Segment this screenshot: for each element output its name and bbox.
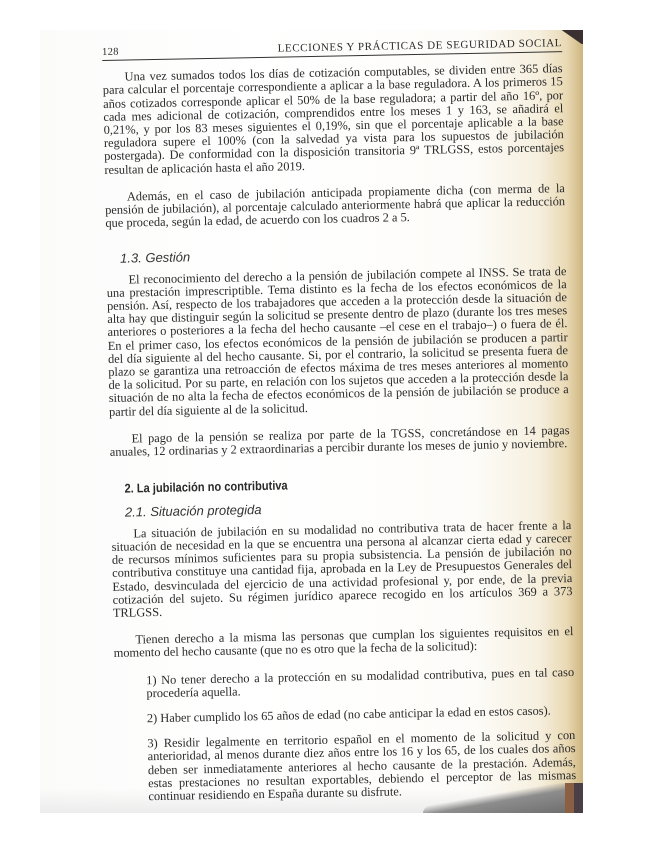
paragraph: El reconocimiento del derecho a la pensi… <box>106 265 569 419</box>
requirement-item: 3) Residir legalmente en territorio espa… <box>147 729 576 803</box>
paragraph: Una vez sumados todos los días de cotiza… <box>102 62 564 176</box>
section-heading-2: 2. La jubilación no contributiva <box>124 475 517 496</box>
page-number: 128 <box>102 46 119 60</box>
book-corner <box>561 30 583 44</box>
section-heading-2-1: 2.1. Situación protegida <box>125 498 571 520</box>
paragraph: Tienen derecho a la misma las personas q… <box>113 625 573 660</box>
paragraph: El pago de la pensión se realiza por par… <box>109 424 569 459</box>
requirement-item: 2) Haber cumplido los 65 años de edad (n… <box>147 704 575 725</box>
paragraph: La situación de jubilación en su modalid… <box>111 519 573 620</box>
page-content: 128 LECCIONES Y PRÁCTICAS DE SEGURIDAD S… <box>102 37 577 816</box>
section-heading-1-3: 1.3. Gestión <box>120 244 566 266</box>
paragraph: Además, en el caso de jubilación anticip… <box>105 182 566 230</box>
requirement-item: 1) No tener derecho a la protección en s… <box>146 666 574 701</box>
